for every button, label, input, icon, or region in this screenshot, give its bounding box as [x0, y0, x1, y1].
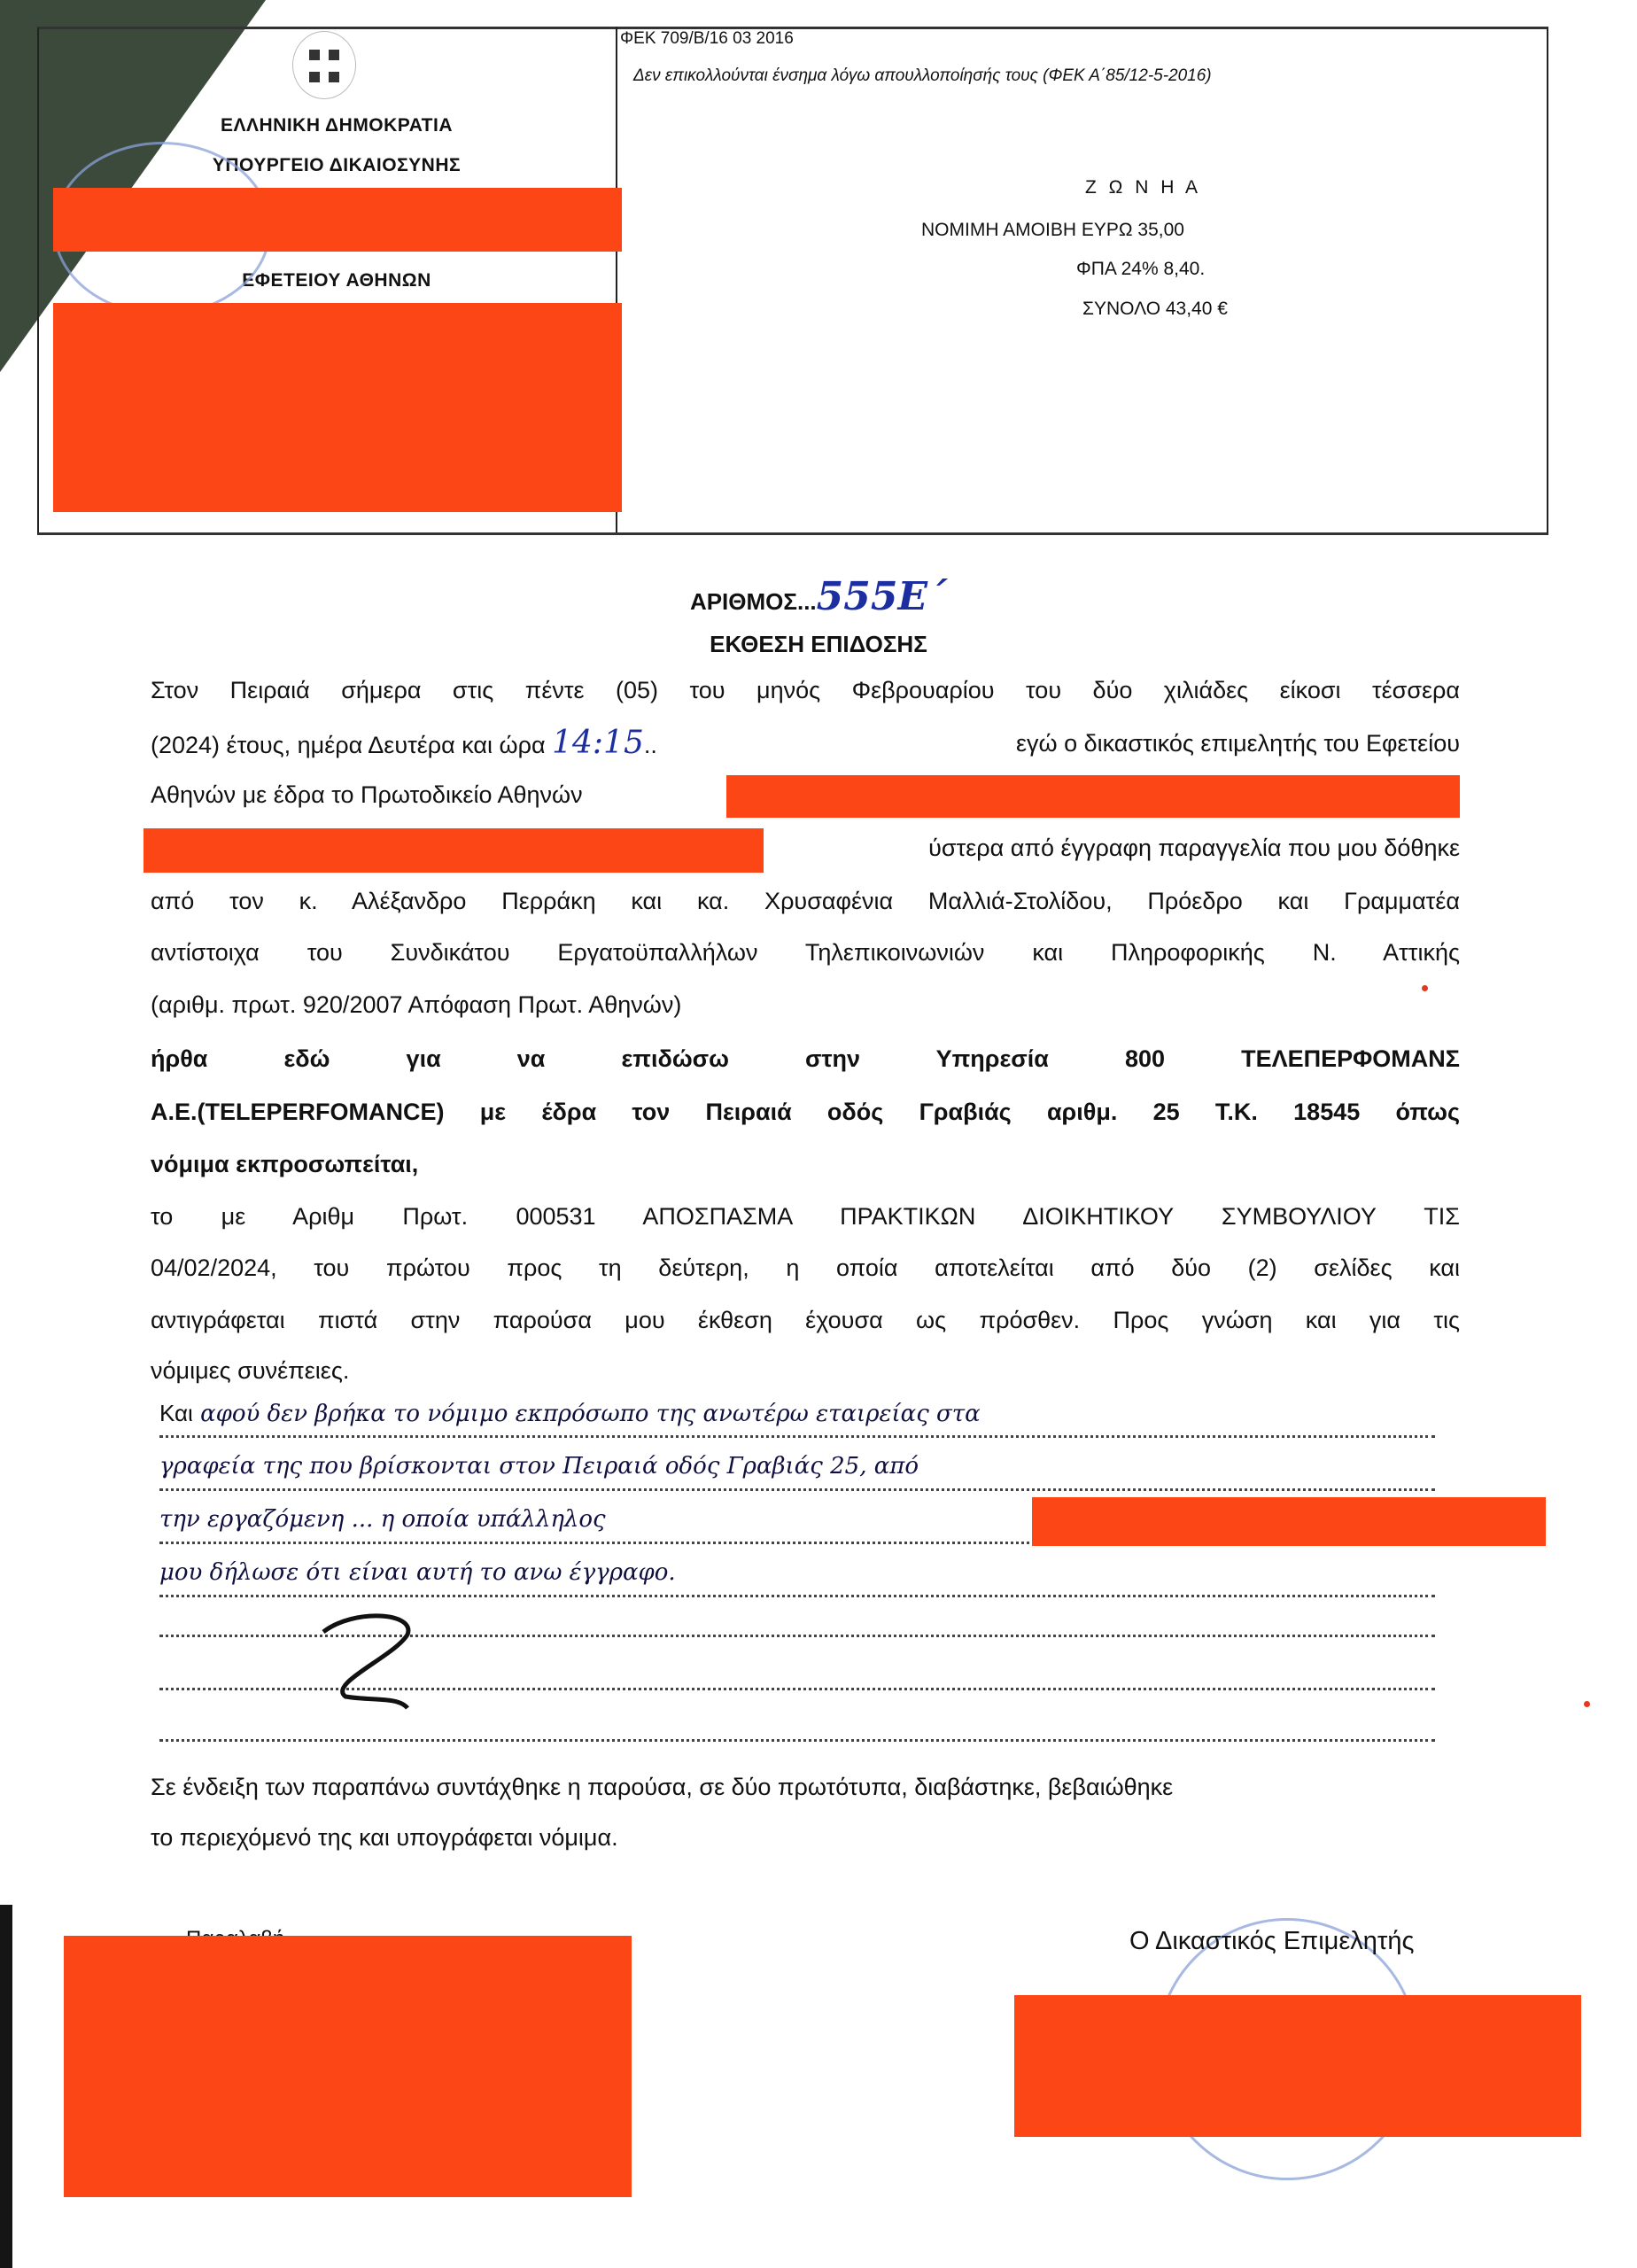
stamp-duty-note: Δεν επικολλούνται ένσημα λόγω απουλλοποί…	[633, 66, 1212, 86]
handwritten-time: 14:15	[552, 725, 644, 761]
legal-fee: ΝΟΜΙΜΗ ΑΜΟΙΒΗ ΕΥΡΩ 35,00	[921, 220, 1184, 241]
body-line: από τον κ. Αλέξανδρο Περράκη και κα. Χρυ…	[151, 886, 1460, 916]
body-line: (αριθμ. πρωτ. 920/2007 Απόφαση Πρωτ. Αθη…	[151, 990, 1460, 1020]
body-line: αντιγράφεται πιστά στην παρούσα μου έκθε…	[151, 1305, 1460, 1335]
body-line: αντίστοιχα του Συνδικάτου Εργατοϋπαλλήλω…	[151, 937, 1460, 967]
redaction-bar	[1032, 1497, 1546, 1546]
zone-label: Ζ Ω Ν Η Α	[1085, 177, 1201, 198]
z-strikeout-mark	[319, 1612, 425, 1710]
redaction-bar	[726, 775, 1460, 818]
ink-mark	[1584, 1701, 1590, 1707]
handwritten-line: Και αφού δεν βρήκα το νόμιμο εκπρόσωπο τ…	[159, 1400, 1435, 1438]
body-line: νόμιμες συνέπειες.	[151, 1355, 1460, 1386]
report-number-value: 555Ε΄	[817, 574, 947, 619]
vat-amount: ΦΠΑ 24% 8,40.	[1076, 259, 1205, 280]
greek-emblem-icon	[292, 31, 356, 99]
handwritten-line: μου δήλωσε ότι είναι αυτή το ανω έγγραφο…	[159, 1559, 1435, 1597]
body-line-bold: Α.Ε.(TELEPERFOMANCE) με έδρα τον Πειραιά…	[151, 1097, 1460, 1127]
body-line: 04/02/2024, του πρώτου προς τη δεύτερη, …	[151, 1253, 1460, 1283]
redaction-bar	[1014, 1995, 1581, 2137]
closing-line: Σε ένδειξη των παραπάνω συντάχθηκε η παρ…	[151, 1772, 1460, 1802]
bailiff-signature-label: Ο Δικαστικός Επιμελητής	[1129, 1927, 1414, 1956]
paper-edge-shadow	[0, 1905, 12, 2268]
report-title: ΕΚΘΕΣΗ ΕΠΙΔΟΣΗΣ	[0, 631, 1637, 658]
report-number: ΑΡΙΘΜΟΣ...555Ε΄	[0, 574, 1637, 619]
body-line-bold: ήρθα εδώ για να επιδώσω στην Υπηρεσία 80…	[151, 1044, 1460, 1074]
body-line: ύστερα από έγγραφη παραγγελία που μου δό…	[151, 833, 1460, 863]
header-country: ΕΛΛΗΝΙΚΗ ΔΗΜΟΚΡΑΤΙΑ	[159, 115, 514, 136]
body-line: το με Αριθμ Πρωτ. 000531 ΑΠΟΣΠΑΣΜΑ ΠΡΑΚΤ…	[151, 1201, 1460, 1231]
ink-mark	[1422, 985, 1428, 991]
total-amount: ΣΥΝΟΛΟ 43,40 €	[1082, 299, 1228, 320]
body-line-bold: νόμιμα εκπροσωπείται,	[151, 1149, 1460, 1179]
redaction-bar	[64, 1936, 632, 2197]
redaction-bar	[53, 303, 622, 512]
body-line: Στον Πειραιά σήμερα στις πέντε (05) του …	[151, 675, 1460, 705]
handwritten-line: γραφεία της που βρίσκονται στον Πειραιά …	[159, 1453, 1435, 1491]
body-line: (2024) έτους, ημέρα Δευτέρα και ώρα 14:1…	[151, 728, 1460, 760]
blank-dotted-line	[159, 1739, 1435, 1742]
fek-reference: ΦΕΚ 709/Β/16 03 2016	[620, 29, 794, 49]
closing-line: το περιεχόμενό της και υπογράφεται νόμιμ…	[151, 1822, 1460, 1852]
redaction-bar	[53, 188, 622, 252]
report-number-label: ΑΡΙΘΜΟΣ...	[690, 588, 817, 615]
